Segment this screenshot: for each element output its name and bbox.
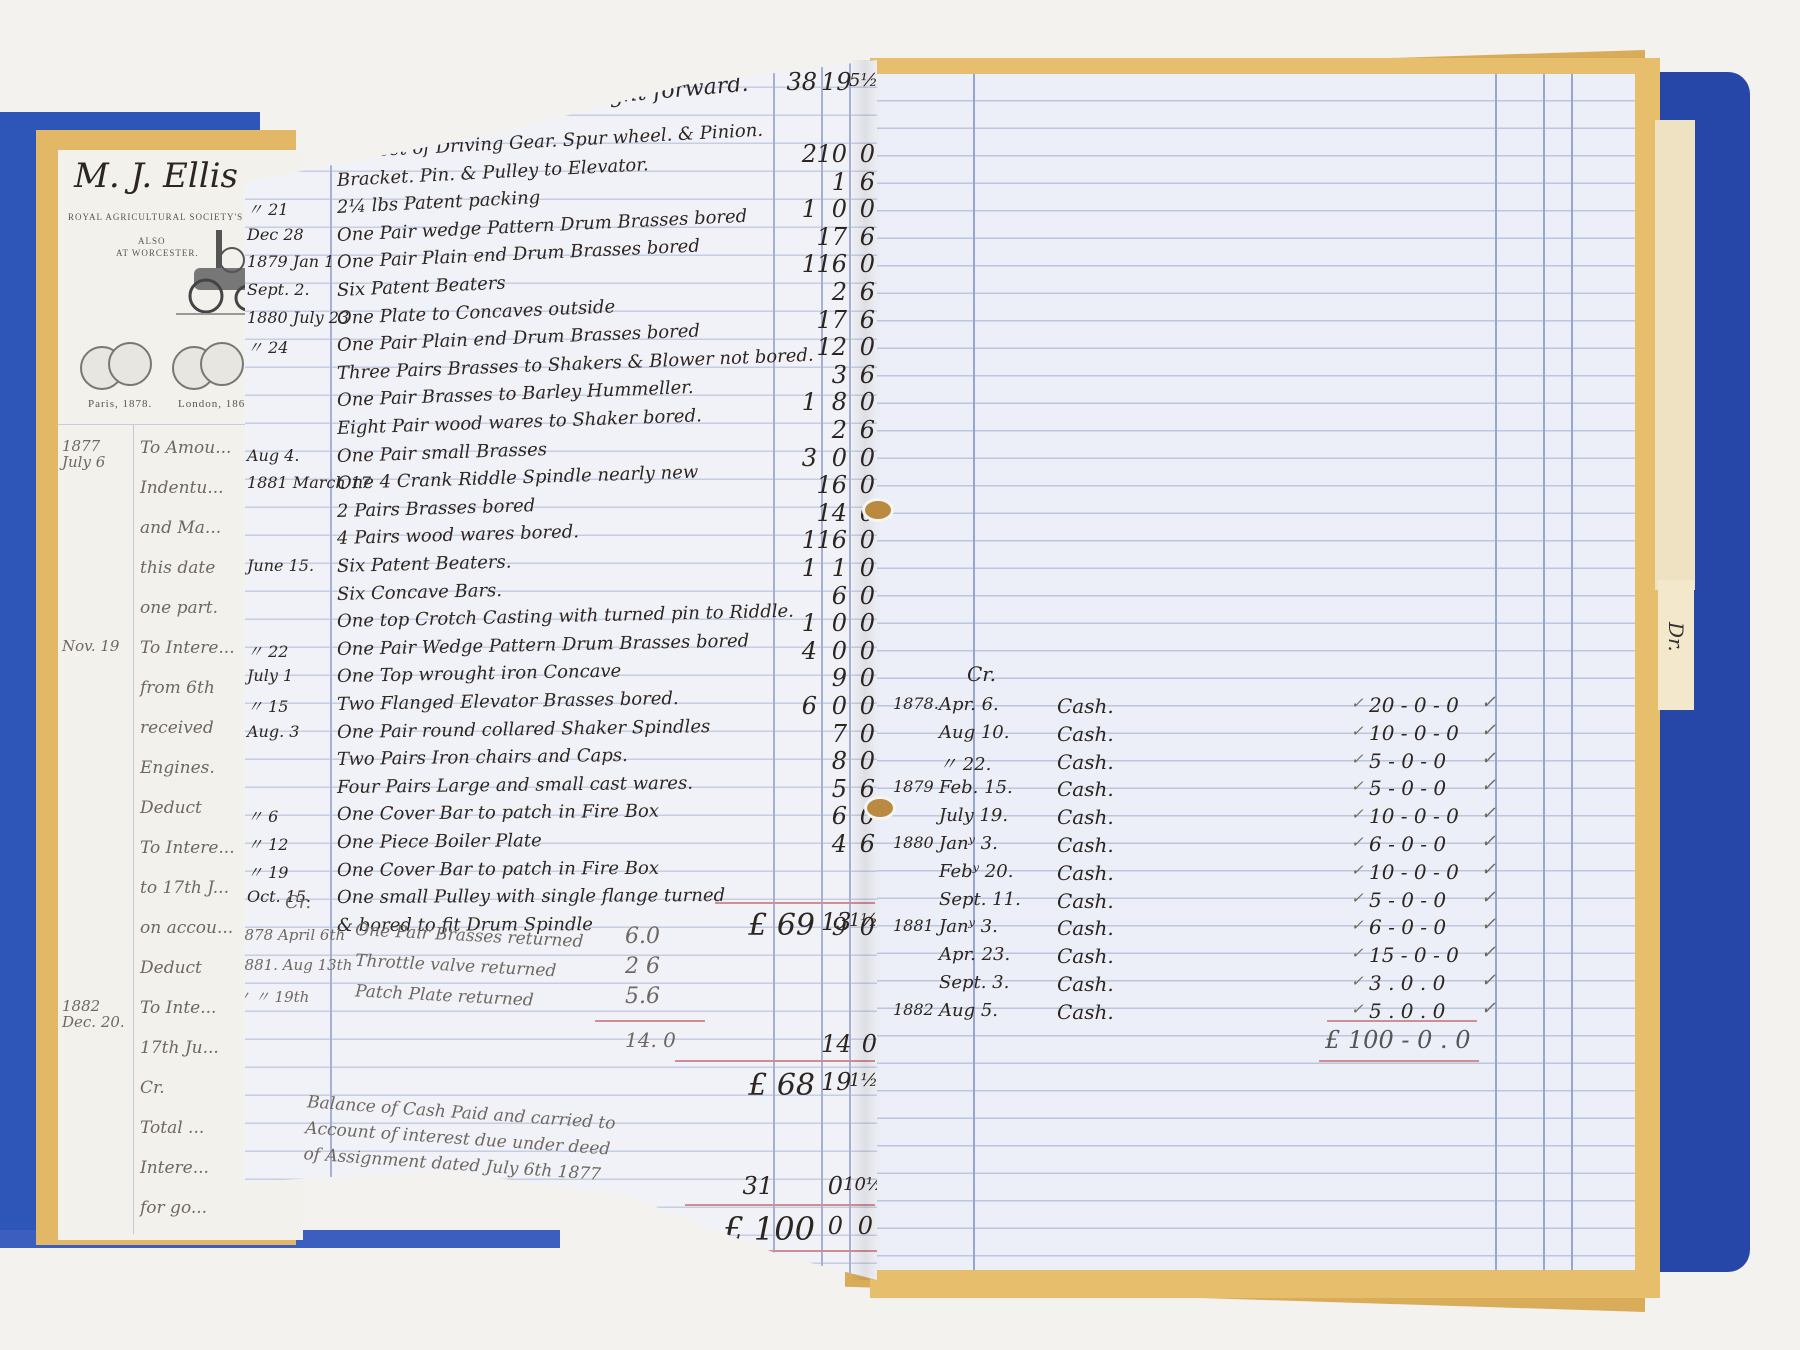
payment-description: Cash. — [1057, 1000, 1114, 1024]
punched-hole — [864, 796, 896, 820]
ledger-debit-row: 〃 6One Cover Bar to patch in Fire Box60 — [245, 804, 877, 832]
payment-year: 1878. — [893, 694, 939, 713]
debit-description: One set of Driving Gear. Spur wheel. & P… — [336, 120, 763, 163]
payment-amount: 10 - 0 - 0 — [1369, 804, 1459, 828]
payment-year: 1881 — [893, 916, 934, 935]
ledger-debit-row: Four Pairs Large and small cast wares.56 — [245, 777, 877, 805]
letter-entry-text: Intere... — [140, 1158, 209, 1178]
debit-shillings: 17 — [811, 223, 847, 251]
balance-shillings: 0 — [805, 1172, 843, 1200]
debit-date: 1879 Jan 1 — [247, 252, 334, 271]
tick-mark-icon: ✓ — [1351, 944, 1364, 962]
grand-total-double-rule — [665, 1250, 877, 1252]
tick-mark-icon: ✓ — [1351, 722, 1364, 740]
debit-date: 〃 6 — [247, 804, 278, 827]
payment-description: Cash. — [1057, 833, 1114, 857]
debit-shillings: 8 — [811, 388, 847, 416]
tick-mark-icon: ✓ — [1351, 861, 1364, 879]
letter-entry-text: to 17th J... — [140, 878, 229, 898]
medal-caption: Paris, 1878. — [88, 398, 152, 410]
debit-shillings: 0 — [811, 195, 847, 223]
payment-year: 1879 — [893, 777, 934, 796]
cash-payment-row: Sept. 11.Cash.✓5 - 0 - 0✓ — [875, 889, 1635, 917]
payment-date: 〃 22. — [939, 750, 991, 776]
net-total-rule — [675, 1060, 875, 1062]
debit-shillings: 16 — [811, 471, 847, 499]
letter-entry-text: received — [140, 718, 214, 738]
cash-payment-row: 〃 22.Cash.✓5 - 0 - 0✓ — [875, 750, 1635, 778]
credit-date: 1881. Aug 13th — [235, 956, 352, 974]
ledger-credit-row: 〃 〃 19thPatch Plate returned5.6 — [245, 986, 765, 1014]
payment-date: July 19. — [939, 805, 1008, 826]
punched-hole — [862, 498, 894, 522]
debit-shillings: 6 — [811, 802, 847, 830]
letterhead-signature: M. J. Ellis — [74, 156, 238, 196]
debit-shillings: 10 — [811, 140, 847, 168]
debit-shillings: 16 — [811, 250, 847, 278]
ledger-debit-row: June 15.Six Patent Beaters.110 — [245, 556, 877, 584]
debit-date: July 1 — [247, 666, 293, 685]
debit-date: Aug 4. — [247, 446, 299, 465]
debit-date: 〃 19 — [247, 860, 288, 883]
ledger-debit-row: 〃 12One Piece Boiler Plate46 — [245, 832, 877, 860]
credit-description: Patch Plate returned — [355, 981, 535, 1010]
medal-caption: London, 186 — [178, 398, 245, 410]
payment-date: Aug 5. — [939, 1000, 998, 1021]
tick-mark-icon: ✓ — [1481, 942, 1496, 963]
payment-description: Cash. — [1057, 944, 1114, 968]
debit-shillings: 16 — [811, 526, 847, 554]
payment-description: Cash. — [1057, 805, 1114, 829]
payment-description: Cash. — [1057, 722, 1114, 746]
payment-amount: 6 - 0 - 0 — [1369, 832, 1446, 856]
shillings-column-rule — [1543, 74, 1545, 1270]
payment-description: Cash. — [1057, 916, 1114, 940]
credit-amount: 6.0 — [625, 924, 660, 949]
debit-total-shillings: 13 — [821, 908, 847, 936]
cash-payment-row: 1879Feb. 15.Cash.✓5 - 0 - 0✓ — [875, 777, 1635, 805]
cash-payment-row: 1878.Apr. 6.Cash.✓20 - 0 - 0✓ — [875, 694, 1635, 722]
letter-entry-text: 17th Ju... — [140, 1038, 219, 1058]
payment-date: Febʸ 20. — [939, 861, 1013, 882]
payment-description: Cash. — [1057, 972, 1114, 996]
tick-mark-icon: ✓ — [1351, 750, 1364, 768]
letter-entry-text: Total ... — [140, 1118, 204, 1138]
tick-mark-icon: ✓ — [1351, 889, 1364, 907]
debit-date: 1880 July 23 — [247, 308, 349, 327]
cash-payment-row: Sept. 3.Cash.✓3 . 0 . 0✓ — [875, 972, 1635, 1000]
payment-description: Cash. — [1057, 694, 1114, 718]
total-rule — [1327, 1020, 1477, 1022]
debit-shillings: 7 — [811, 720, 847, 748]
tick-mark-icon: ✓ — [1351, 777, 1364, 795]
payment-date: Apr. 23. — [939, 944, 1010, 965]
debit-shillings: 8 — [811, 747, 847, 775]
ledger-debit-row: Two Pairs Iron chairs and Caps.80 — [245, 749, 877, 777]
debit-date: 〃 22 — [247, 639, 288, 662]
debit-shillings: 17 — [811, 306, 847, 334]
balance-pounds: 31 — [735, 1172, 773, 1200]
payment-amount: 5 - 0 - 0 — [1369, 776, 1446, 800]
letter-entry-text: from 6th — [140, 678, 215, 698]
debit-date: Dec 28 — [247, 225, 304, 244]
letter-entry-text: for go... — [140, 1198, 207, 1218]
side-tab-note: Dr. — [1658, 580, 1694, 710]
ledger-page-left: Brought forward. 38 19 5½ 1878 Aug 20One… — [245, 60, 877, 1280]
debit-shillings: 0 — [811, 692, 847, 720]
tick-mark-icon: ✓ — [1481, 914, 1496, 935]
letter-entry-text: Cr. — [140, 1078, 165, 1098]
credit-header: Cr. — [285, 892, 311, 913]
debit-date: Sept. 2. — [247, 280, 310, 299]
ledger-debit-row: 〃 19One Cover Bar to patch in Fire Box — [245, 860, 877, 888]
debit-date: Aug. 3 — [247, 722, 299, 741]
credit-subtotal-rule — [595, 1020, 705, 1022]
payment-date: Apr. 6. — [939, 694, 999, 715]
ledger-debit-row: 4 Pairs wood wares bored.1160 — [245, 528, 877, 556]
tick-mark-icon: ✓ — [1481, 803, 1496, 824]
payments-total: £ 100 - 0 . 0 — [1325, 1026, 1471, 1054]
debit-shillings: 6 — [811, 582, 847, 610]
debit-description: Six Concave Bars. — [337, 580, 503, 605]
tick-mark-icon: ✓ — [1481, 775, 1496, 796]
tick-mark-icon: ✓ — [1351, 833, 1364, 851]
debit-shillings: 14 — [811, 499, 847, 527]
debit-date: 〃 15 — [247, 694, 288, 717]
payment-amount: 6 - 0 - 0 — [1369, 915, 1446, 939]
ledger-debit-row: 1879 Jan 1One Pair Plain end Drum Brasse… — [245, 252, 877, 280]
ledger-debit-row: Bracket. Pin. & Pulley to Elevator.16 — [245, 170, 877, 198]
cash-payment-row: Aug 10.Cash.✓10 - 0 - 0✓ — [875, 722, 1635, 750]
debit-shillings: 0 — [811, 609, 847, 637]
tick-mark-icon: ✓ — [1481, 720, 1496, 741]
balance-note: Balance of Cash Paid and carried to Acco… — [303, 1089, 617, 1188]
tick-mark-icon: ✓ — [1481, 970, 1496, 991]
credit-amount: 2 6 — [625, 954, 660, 979]
letter-entry-text: this date — [140, 558, 215, 578]
payment-amount: 20 - 0 - 0 — [1369, 693, 1459, 717]
tick-mark-icon: ✓ — [1351, 694, 1364, 712]
debit-date: 〃 24 — [247, 335, 288, 358]
payment-date: Feb. 15. — [939, 777, 1013, 798]
payment-date: Sept. 11. — [939, 889, 1021, 910]
brought-forward-pounds: 38 — [773, 68, 817, 96]
letter-entry-text: and Ma... — [140, 518, 221, 538]
letter-entry-text: on accou... — [140, 918, 233, 938]
cash-payment-row: Febʸ 20.Cash.✓10 - 0 - 0✓ — [875, 861, 1635, 889]
medal-icon — [108, 342, 152, 386]
letter-entry-text: Indentu... — [140, 478, 224, 498]
date-column-rule — [133, 424, 134, 1234]
debit-shillings: 4 — [811, 830, 847, 858]
payment-description: Cash. — [1057, 889, 1114, 913]
letter-entry-text: Deduct — [140, 798, 202, 818]
tick-mark-icon: ✓ — [1481, 859, 1496, 880]
payment-amount: 5 - 0 - 0 — [1369, 749, 1446, 773]
letter-entry-text: To Intere... — [140, 638, 235, 658]
inserted-papers — [1655, 120, 1695, 590]
debit-shillings: 3 — [811, 361, 847, 389]
letter-entry-text: To Amou... — [140, 438, 231, 458]
cash-payment-row: 1882Aug 5.Cash.✓5 . 0 . 0✓ — [875, 1000, 1635, 1028]
tick-mark-icon: ✓ — [1481, 831, 1496, 852]
brought-forward-shillings: 19 — [821, 68, 847, 96]
debit-shillings: 2 — [811, 278, 847, 306]
payment-date: Janʸ 3. — [939, 833, 998, 854]
grand-total-shillings: 0 — [817, 1212, 843, 1240]
payment-description: Cash. — [1057, 861, 1114, 885]
total-double-rule — [1319, 1060, 1479, 1062]
letterhead-society: ROYAL AGRICULTURAL SOCIETY'S — [68, 212, 243, 222]
debit-shillings: 1 — [811, 168, 847, 196]
payment-date: Sept. 3. — [939, 972, 1009, 993]
credit-date: 1878 April 6th — [235, 926, 345, 944]
pence-column-rule — [1571, 74, 1573, 1270]
debit-shillings: 0 — [811, 444, 847, 472]
tick-mark-icon: ✓ — [1481, 998, 1496, 1019]
debit-shillings: 0 — [811, 637, 847, 665]
credit-carried-shillings: 14 — [821, 1030, 847, 1058]
payment-amount: 10 - 0 - 0 — [1369, 860, 1459, 884]
letter-entry-date: 1882 Dec. 20. — [62, 998, 125, 1030]
letterhead-also: ALSO — [138, 236, 166, 246]
payment-year: 1880 — [893, 833, 934, 852]
credit-amount: 5.6 — [625, 984, 660, 1009]
debit-date: 〃 12 — [247, 832, 288, 855]
net-total-pounds: £ 68 — [685, 1068, 815, 1103]
medal-icon — [200, 342, 244, 386]
credit-date: 〃 〃 19th — [235, 986, 309, 1007]
book-gutter — [850, 60, 880, 1280]
letter-entry-date: 1877 July 6 — [62, 438, 105, 470]
tick-mark-icon: ✓ — [1481, 692, 1496, 713]
tick-mark-icon: ✓ — [1481, 887, 1496, 908]
debit-description: One Top wrought iron Concave — [337, 661, 622, 687]
debit-date: June 15. — [247, 556, 314, 575]
letter-entry-text: Engines. — [140, 758, 215, 778]
payment-amount: 15 - 0 - 0 — [1369, 943, 1459, 967]
debit-description: Four Pairs Large and small cast wares. — [337, 772, 693, 797]
tick-mark-icon: ✓ — [1351, 916, 1364, 934]
brought-forward-label: Brought forward. — [554, 72, 749, 114]
cash-payment-row: Apr. 23.Cash.✓15 - 0 - 0✓ — [875, 944, 1635, 972]
ledger-debit-row: Eight Pair wood wares to Shaker bored.26 — [245, 418, 877, 446]
credit-description: Throttle valve returned — [355, 951, 557, 982]
debit-description: One Cover Bar to patch in Fire Box — [337, 801, 659, 825]
debit-description: One small Pulley with single flange turn… — [337, 885, 725, 908]
pounds-column-rule — [1495, 74, 1497, 1270]
letter-entry-text: To Intere... — [140, 838, 235, 858]
ledger-debit-row: 1881 March 17One 4 Crank Riddle Spindle … — [245, 473, 877, 501]
payment-amount: 10 - 0 - 0 — [1369, 721, 1459, 745]
tick-mark-icon: ✓ — [1351, 1000, 1364, 1018]
payment-date: Aug 10. — [939, 722, 1009, 743]
letter-entry-text: To Inte... — [140, 998, 216, 1018]
debit-shillings: 9 — [811, 664, 847, 692]
debit-shillings: 12 — [811, 333, 847, 361]
debit-description: Six Patent Beaters. — [337, 551, 512, 577]
cash-payment-row: 1880Janʸ 3.Cash.✓6 - 0 - 0✓ — [875, 833, 1635, 861]
debit-description: One Piece Boiler Plate — [337, 830, 542, 853]
debit-shillings: 1 — [811, 554, 847, 582]
ledger-credit-row: 1878 April 6thOne Pair Brasses returned6… — [245, 926, 765, 954]
debit-description: One Cover Bar to patch in Fire Box — [337, 857, 659, 880]
debit-description: Two Pairs Iron chairs and Caps. — [337, 745, 628, 770]
net-total-shillings: 19 — [821, 1068, 847, 1096]
credit-subtotal: 14. 0 — [625, 1028, 676, 1052]
payment-amount: 3 . 0 . 0 — [1369, 971, 1445, 995]
letter-entry-text: one part. — [140, 598, 218, 618]
ledger-credit-row: 1881. Aug 13thThrottle valve returned2 6 — [245, 956, 765, 984]
credit-header: Cr. — [967, 662, 996, 686]
tick-mark-icon: ✓ — [1351, 972, 1364, 990]
tick-mark-icon: ✓ — [1481, 748, 1496, 769]
payment-date: Janʸ 3. — [939, 916, 998, 937]
debit-date: 〃 21 — [247, 197, 288, 220]
payment-amount: 5 - 0 - 0 — [1369, 888, 1446, 912]
payment-description: Cash. — [1057, 777, 1114, 801]
grand-total-pounds: £ 100 — [675, 1210, 815, 1248]
ledger-page-right: Cr. 1878.Apr. 6.Cash.✓20 - 0 - 0✓Aug 10.… — [875, 74, 1635, 1270]
debit-shillings: 5 — [811, 775, 847, 803]
debit-shillings: 2 — [811, 416, 847, 444]
payment-description: Cash. — [1057, 750, 1114, 774]
cash-payment-row: 1881Janʸ 3.Cash.✓6 - 0 - 0✓ — [875, 916, 1635, 944]
cash-payment-row: July 19.Cash.✓10 - 0 - 0✓ — [875, 805, 1635, 833]
payment-year: 1882 — [893, 1000, 934, 1019]
letter-entry-text: Deduct — [140, 958, 202, 978]
grand-total-rule — [685, 1204, 875, 1206]
letter-entry-date: Nov. 19 — [62, 638, 119, 654]
tick-mark-icon: ✓ — [1351, 805, 1364, 823]
